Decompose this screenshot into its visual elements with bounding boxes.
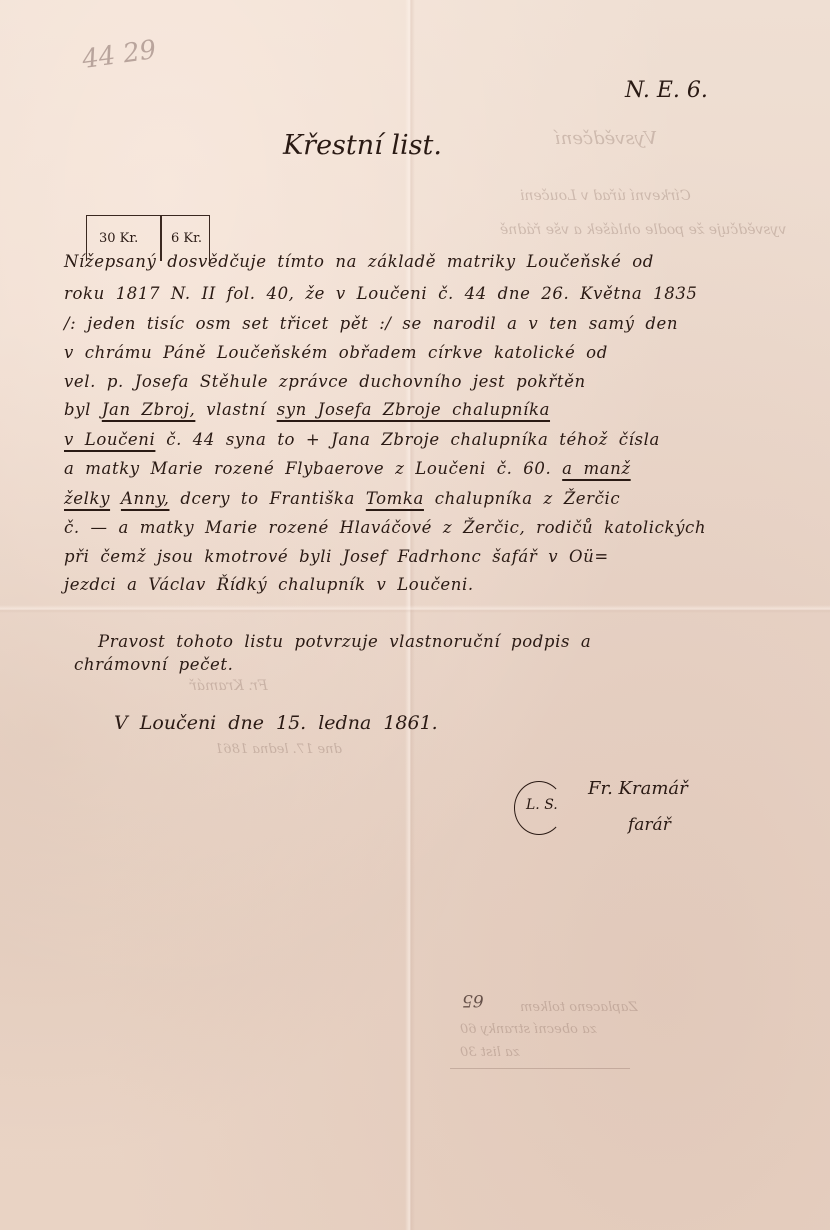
birthplace: v Loučeni bbox=[64, 430, 155, 449]
bleed-through-text: dne 17. ledna 1861 bbox=[215, 742, 342, 757]
body-line: a matky Marie rozené Flybaerove z Loučen… bbox=[64, 459, 631, 478]
line-text: byl bbox=[64, 400, 102, 419]
tax-stamp-value: 30 Kr. bbox=[99, 231, 138, 246]
line-text: č. — a matky Marie rozené Hlaváčové z Že… bbox=[64, 518, 706, 537]
body-line: při čemž jsou kmotrové byli Josef Fadrho… bbox=[64, 547, 609, 566]
line-text: /: jeden tisíc osm set třicet pět :/ se … bbox=[64, 314, 678, 333]
bleed-through-text: Fr. Kramář bbox=[190, 678, 268, 694]
attestation-line: chrámovní pečet. bbox=[74, 655, 233, 674]
body-line: č. — a matky Marie rozené Hlaváčové z Že… bbox=[64, 518, 706, 537]
body-line: Nížepsaný dosvědčuje tímto na základě ma… bbox=[64, 252, 654, 271]
reference-number: N. E. 6. bbox=[625, 78, 708, 103]
body-line: v Loučeni č. 44 syna to + Jana Zbroje ch… bbox=[64, 430, 660, 449]
line-text: dcery to Františka bbox=[169, 489, 365, 508]
line-text: vlastní bbox=[195, 400, 276, 419]
line-text: při čemž jsou kmotrové byli Josef Fadrho… bbox=[64, 547, 609, 566]
maternal-grandfather-name: Tomka bbox=[366, 489, 424, 508]
body-line: jezdci a Václav Řídký chalupník v Loučen… bbox=[64, 575, 474, 594]
bleed-through-text: Zaplaceno tolkem bbox=[520, 1000, 637, 1015]
bleed-through-text: za obecní stranky 60 bbox=[460, 1022, 597, 1037]
line-text: roku 1817 N. II fol. 40, že v Loučeni č.… bbox=[64, 284, 698, 303]
line-text: a matky Marie rozené Flybaerove z Loučen… bbox=[64, 459, 562, 478]
document-title: Křestní list. bbox=[283, 130, 442, 161]
line-text: vel. p. Josefa Stěhule zprávce duchovníh… bbox=[64, 372, 586, 391]
signature-title: farář bbox=[628, 815, 671, 835]
paper-fold-horizontal bbox=[0, 605, 830, 613]
body-line: vel. p. Josefa Stěhule zprávce duchovníh… bbox=[64, 372, 586, 391]
body-line: v chrámu Páně Loučeňském obřadem církve … bbox=[64, 343, 608, 362]
seal-circle: L. S. bbox=[514, 781, 564, 835]
spouse-label: a manž bbox=[562, 459, 631, 478]
line-text: jezdci a Václav Řídký chalupník v Loučen… bbox=[64, 575, 474, 594]
paper-fold-vertical bbox=[405, 0, 415, 1230]
attestation-line: Pravost tohoto listu potvrzuje vlastnoru… bbox=[98, 632, 591, 651]
body-line: roku 1817 N. II fol. 40, že v Loučeni č.… bbox=[64, 284, 698, 303]
body-line: byl Jan Zbroj, vlastní syn Josefa Zbroje… bbox=[64, 400, 550, 419]
bleed-through-text: vysvědčuje že podle ohlášek a vše řádně bbox=[500, 222, 786, 238]
bleed-through-text: Církevní úřad v Loučeni bbox=[520, 188, 691, 204]
bleed-through-rule bbox=[450, 1068, 630, 1069]
seal-label: L. S. bbox=[526, 797, 558, 813]
bleed-through-text: za list 30 bbox=[460, 1045, 520, 1060]
line-text: chalupníka z Žerčic bbox=[424, 489, 620, 508]
mother-name: Anny, bbox=[121, 489, 170, 508]
archive-mark: 44 29 bbox=[80, 35, 158, 75]
page-number: 65 bbox=[462, 990, 484, 1010]
line-text: v chrámu Páně Loučeňském obřadem církve … bbox=[64, 343, 608, 362]
bleed-through-text: Vysvědčení bbox=[555, 128, 657, 149]
body-line: želky Anny, dcery to Františka Tomka cha… bbox=[64, 489, 620, 508]
baptized-name: Jan Zbroj, bbox=[102, 400, 196, 419]
body-line: /: jeden tisíc osm set třicet pět :/ se … bbox=[64, 314, 678, 333]
father-name: syn Josefa Zbroje chalupníka bbox=[277, 400, 550, 419]
place-date: V Loučeni dne 15. ledna 1861. bbox=[114, 712, 438, 734]
line-text: Nížepsaný dosvědčuje tímto na základě ma… bbox=[64, 252, 654, 271]
signature-name: Fr. Kramář bbox=[588, 778, 688, 799]
line-text bbox=[110, 489, 121, 508]
tax-stamp-value: 6 Kr. bbox=[171, 231, 202, 246]
spouse-label: želky bbox=[64, 489, 110, 508]
line-text: č. 44 syna to + Jana Zbroje chalupníka t… bbox=[155, 430, 659, 449]
